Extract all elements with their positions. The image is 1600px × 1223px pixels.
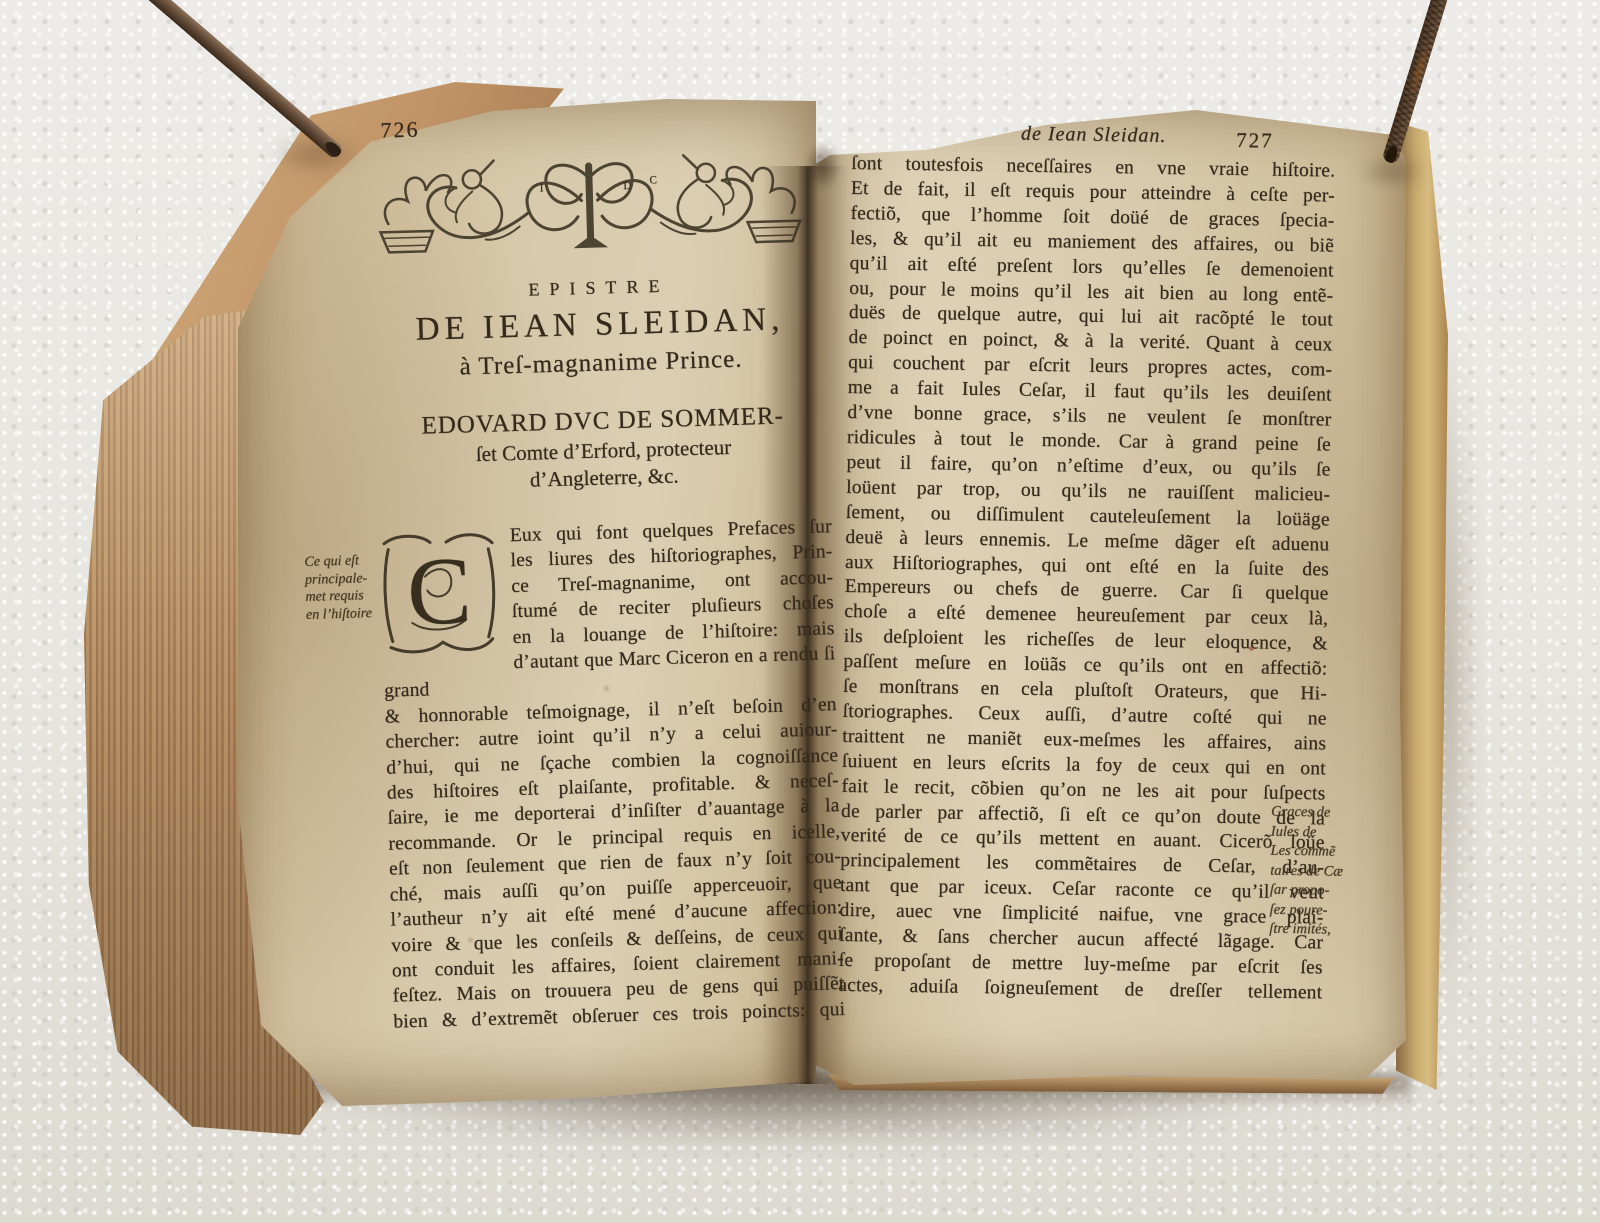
heading-kicker: EPISTRE [373,271,825,305]
decorated-initial-capital: C [380,527,500,658]
svg-text:D: D [623,180,631,192]
foxing-spot [604,686,609,691]
right-page-body: ſont toutesfois neceſſaires en vne vraie… [838,152,1335,1006]
svg-text:I: I [540,182,544,194]
left-margin-note: Ce qui eſt principale- met requis en l’h… [304,552,386,624]
heading-title: DE IEAN SLEIDAN, [374,300,827,350]
headpiece-putti-icon: IDC [365,142,814,267]
photo-of-open-antique-book: { "colors":{"background":"#e9e7e2","pape… [0,0,1600,1223]
epistle-heading: EPISTRE DE IEAN SLEIDAN, à Treſ-magnanim… [373,271,831,497]
left-page-number: 726 [380,117,420,144]
drop-cap-woodcut-icon: C [380,527,500,658]
svg-text:C: C [649,174,657,186]
left-page-content: 726 [368,99,846,1034]
right-page-number: 727 [1236,128,1274,154]
heading-subtitle: à Treſ-magnanime Prince. [375,343,828,384]
running-header: de Iean Sleidan. [944,121,1244,149]
right-margin-note: Graces de Iules de Les commẽ taires de C… [1269,803,1377,941]
drop-cap-letter: C [406,536,473,645]
foxing-spot [468,938,473,942]
metal-rod-left [95,0,344,160]
foxing-spot [1116,914,1120,918]
foxing-spot [1249,646,1254,651]
left-body-rest: d’autant que Marc Ciceron en a rendu ſi … [383,641,845,1035]
right-page-content: de Iean Sleidan. 727 ſont toutesfois nec… [838,120,1336,1006]
left-page-body: C Eux qui font quelques Prefaces ſur les… [380,514,846,1035]
woodcut-headpiece-ornament: IDC [365,142,814,272]
